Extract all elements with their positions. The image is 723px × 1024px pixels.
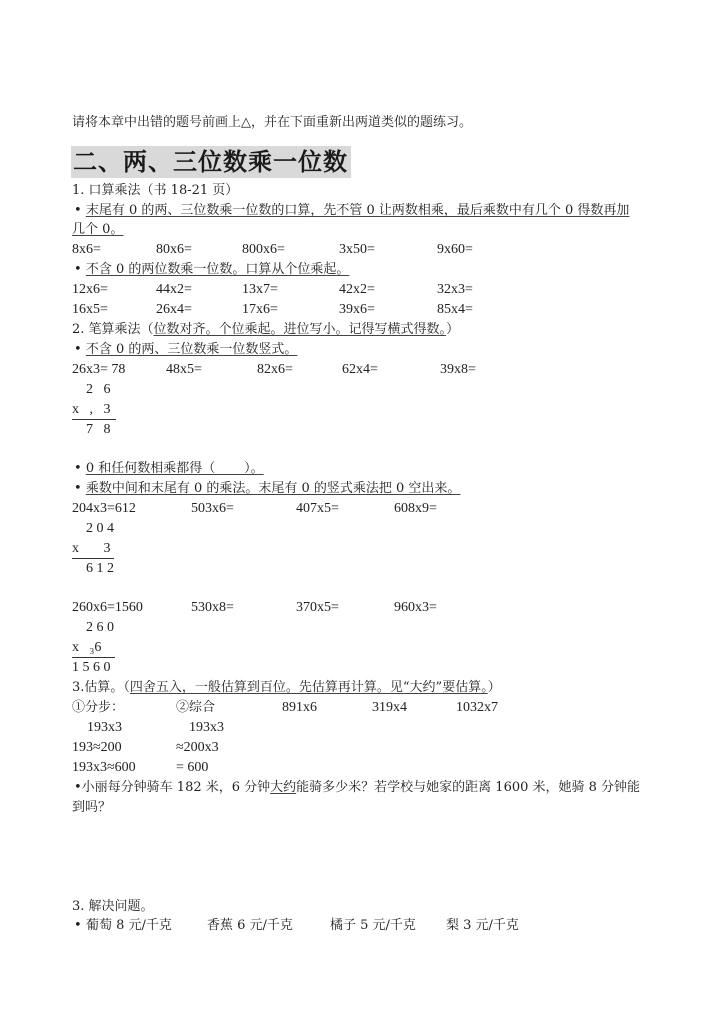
exercise: 26x3= 78 bbox=[72, 361, 125, 379]
step-line: 193x3 bbox=[87, 719, 122, 737]
price-item: 橘子 5 元/千克 bbox=[330, 917, 416, 935]
section3-title: 3.估算。（四舍五入，一般估算到百位。先估算再计算。见“大约”要估算。） bbox=[72, 679, 501, 697]
exercise: 503x6= bbox=[191, 500, 234, 518]
bullet: • bbox=[74, 262, 82, 277]
section1-rule1-cont: 几个 0。 bbox=[72, 221, 123, 239]
exercise: 8x6= bbox=[72, 241, 101, 259]
step-label: ①分步： bbox=[72, 699, 124, 717]
exercise: 32x3= bbox=[437, 281, 473, 299]
bullet: • bbox=[74, 461, 82, 476]
bullet: • bbox=[74, 780, 82, 795]
price-item: 葡萄 8 元/千克 bbox=[86, 917, 172, 935]
rule-text: 乘数中间和末尾有 0 的乘法。末尾有 0 的竖式乘法把 0 空出来。 bbox=[86, 481, 461, 496]
title-suffix: ） bbox=[488, 680, 501, 695]
title-suffix: ） bbox=[446, 322, 459, 337]
section1-rule1: • 末尾有 0 的两、三位数乘一位数的口算，先不管 0 让两数相乘，最后乘数中有… bbox=[74, 202, 629, 220]
combined-line: = 600 bbox=[176, 759, 208, 777]
exercise: 82x6= bbox=[257, 361, 293, 379]
vc-result: 7 8 bbox=[86, 421, 111, 439]
word-problem-cont: 到吗？ bbox=[72, 799, 111, 817]
exercise: 204x3=612 bbox=[72, 500, 136, 518]
exercise: 42x2= bbox=[339, 281, 375, 299]
combined-line: 193x3 bbox=[189, 719, 224, 737]
exercise: 12x6= bbox=[72, 281, 108, 299]
exercise: 608x9= bbox=[394, 500, 437, 518]
exercise: 370x5= bbox=[296, 599, 339, 617]
exercise: 85x4= bbox=[437, 301, 473, 319]
section1-title: 1. 口算乘法（书 18-21 页） bbox=[72, 182, 238, 200]
exercise: 1032x7 bbox=[456, 699, 498, 717]
word-problem: •小丽每分钟骑车 182 米，6 分钟大约能骑多少米？若学校与她家的距离 160… bbox=[74, 779, 640, 797]
price-item: 香蕉 6 元/千克 bbox=[207, 917, 293, 935]
combined-line: ≈200x3 bbox=[176, 739, 219, 757]
exercise: 39x8= bbox=[440, 361, 476, 379]
vc-top: 2 0 4 bbox=[86, 520, 114, 538]
vc-result: 6 1 2 bbox=[86, 560, 114, 578]
vc-top: 2 6 0 bbox=[86, 619, 114, 637]
rule-text: 末尾有 0 的两、三位数乘一位数的口算，先不管 0 让两数相乘，最后乘数中有几个… bbox=[86, 203, 630, 218]
exercise: 260x6=1560 bbox=[72, 599, 143, 617]
title-prefix: 3.估算。（ bbox=[72, 680, 130, 695]
step-line: 193≈200 bbox=[72, 739, 122, 757]
exercise: 3x50= bbox=[339, 241, 375, 259]
section2-rule2: • 0 和任何数相乘都得（ ）。 bbox=[74, 460, 264, 478]
problem-text: 能骑多少米？若学校与她家的距离 1600 米，她骑 8 分钟能 bbox=[296, 780, 640, 795]
rule-text: 0 和任何数相乘都得（ ）。 bbox=[86, 461, 264, 476]
title-rule: 位数对齐。个位乘起。进位写小。记得写横式得数。 bbox=[154, 322, 447, 337]
exercise: 39x6= bbox=[339, 301, 375, 319]
title-rule: 四舍五入，一般估算到百位。先估算再计算。见“大约”要估算。 bbox=[130, 680, 488, 695]
vc-multiplier: x , 3 bbox=[72, 401, 116, 420]
exercise: 13x7= bbox=[242, 281, 278, 299]
vc-top: 2 6 bbox=[86, 381, 111, 399]
problem-keyword: 大约 bbox=[270, 780, 296, 795]
exercise: 530x8= bbox=[191, 599, 234, 617]
section2-rule3: • 乘数中间和末尾有 0 的乘法。末尾有 0 的竖式乘法把 0 空出来。 bbox=[74, 480, 460, 498]
exercise: 16x5= bbox=[72, 301, 108, 319]
bullet: • bbox=[74, 342, 82, 357]
exercise: 80x6= bbox=[156, 241, 192, 259]
problem-text: 小丽每分钟骑车 182 米，6 分钟 bbox=[82, 780, 270, 795]
section2-title: 2. 笔算乘法（位数对齐。个位乘起。进位写小。记得写横式得数。） bbox=[72, 321, 459, 339]
exercise: 960x3= bbox=[394, 599, 437, 617]
bullet: • bbox=[74, 917, 82, 935]
section1-rule2: • 不含 0 的两位数乘一位数。口算从个位乘起。 bbox=[74, 261, 349, 279]
exercise: 319x4 bbox=[372, 699, 407, 717]
vc-multiplier: x 3 bbox=[72, 540, 114, 559]
exercise: 891x6 bbox=[282, 699, 317, 717]
title-prefix: 2. 笔算乘法（ bbox=[72, 322, 154, 337]
exercise: 17x6= bbox=[242, 301, 278, 319]
intro-instruction: 请将本章中出错的题号前画上△，并在下面重新出两道类似的题练习。 bbox=[72, 114, 472, 132]
exercise: 800x6= bbox=[242, 241, 285, 259]
bullet: • bbox=[74, 481, 82, 496]
chapter-heading: 二、两、三位数乘一位数 bbox=[71, 146, 351, 178]
exercise: 48x5= bbox=[166, 361, 202, 379]
combined-label: ②综合 bbox=[176, 699, 215, 717]
exercise: 407x5= bbox=[296, 500, 339, 518]
exercise: 26x4= bbox=[156, 301, 192, 319]
rule-text: 不含 0 的两位数乘一位数。口算从个位乘起。 bbox=[86, 262, 350, 277]
section4-title: 3. 解决问题。 bbox=[72, 898, 154, 916]
vc-multiplier: x ₃6 bbox=[72, 639, 115, 658]
step-line: 193x3≈600 bbox=[72, 759, 136, 777]
vc-result: 1 5 6 0 bbox=[72, 659, 111, 677]
exercise: 62x4= bbox=[342, 361, 378, 379]
exercise: 44x2= bbox=[156, 281, 192, 299]
price-item: 梨 3 元/千克 bbox=[446, 917, 519, 935]
exercise: 9x60= bbox=[437, 241, 473, 259]
bullet: • bbox=[74, 203, 82, 218]
section2-rule1: • 不含 0 的两、三位数乘一位数竖式。 bbox=[74, 341, 297, 359]
rule-text: 不含 0 的两、三位数乘一位数竖式。 bbox=[86, 342, 298, 357]
